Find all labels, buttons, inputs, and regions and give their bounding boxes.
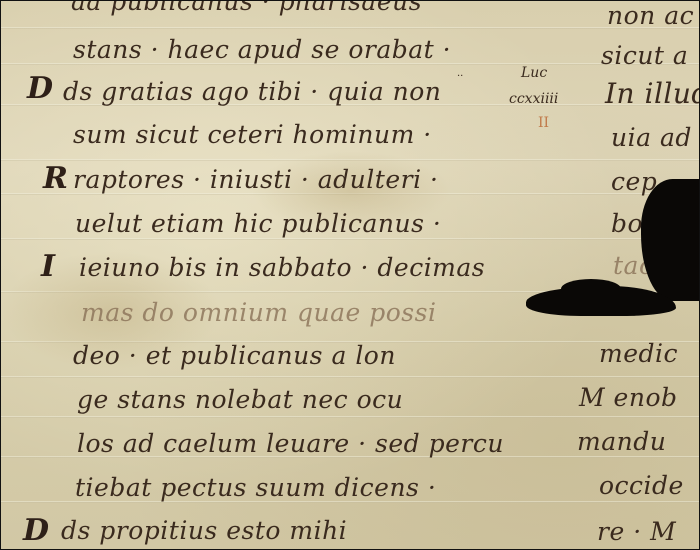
- text-line: ge stans nolebat nec ocu: [77, 385, 403, 414]
- text-line-right: mandu: [577, 427, 666, 456]
- text-line: deo · et publicanus a lon: [73, 341, 396, 370]
- parchment-hole: [561, 279, 621, 299]
- superscript-mark: ··: [457, 71, 463, 82]
- text-line-right: non ac: [607, 1, 694, 30]
- text-line: uelut etiam hic publicanus ·: [75, 209, 441, 238]
- text-line: raptores · iniusti · adulteri ·: [73, 165, 438, 194]
- marginal-gloss: Luc: [521, 65, 547, 81]
- initial-letter: R: [43, 161, 68, 196]
- parchment-ruling: [1, 376, 699, 378]
- parchment-ruling: [1, 238, 699, 240]
- text-line-right: uia ad: [611, 123, 692, 152]
- initial-letter: D: [23, 513, 50, 548]
- text-line: ds gratias ago tibi · quia non: [63, 77, 441, 106]
- text-line-right: M enob: [579, 383, 678, 412]
- text-line-right: bo: [611, 209, 643, 238]
- text-line: los ad caelum leuare · sed percu: [77, 429, 504, 458]
- text-line-right: occide: [599, 471, 684, 500]
- parchment-ruling: [1, 27, 699, 29]
- text-line: aa publicanus · pharisaeus: [71, 0, 422, 16]
- text-line: ieiuno bis in sabbato · decimas: [79, 253, 485, 282]
- manuscript-image: D R I D aa publicanus · pharisaeus stans…: [0, 0, 700, 550]
- parchment-hole: [641, 179, 700, 301]
- text-line-right: In illud: [605, 77, 700, 110]
- text-line: tiebat pectus suum dicens ·: [75, 473, 436, 502]
- parchment-ruling: [1, 416, 699, 418]
- text-line-right: sicut a: [601, 41, 688, 70]
- initial-letter: D: [27, 71, 54, 106]
- text-line-right: medic: [599, 339, 678, 368]
- text-line: sum sicut ceteri hominum ·: [73, 120, 432, 149]
- rubric-mark: II: [538, 115, 549, 131]
- marginal-gloss: ccxxiiii: [509, 91, 558, 107]
- text-line: mas do omnium quae possi: [81, 298, 436, 327]
- text-line: ds propitius esto mihi: [61, 516, 347, 545]
- text-line-right: re · M: [597, 517, 676, 546]
- initial-letter: I: [41, 249, 56, 284]
- text-line: stans · haec apud se orabat ·: [73, 35, 451, 64]
